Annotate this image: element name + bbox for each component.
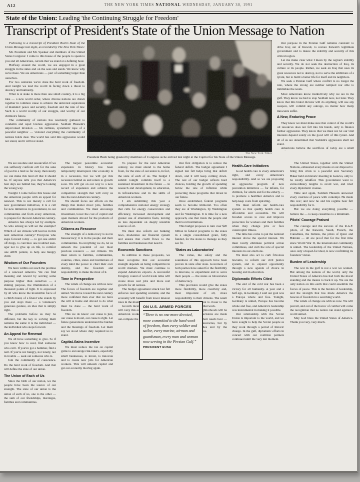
body-paragraph: We all have something to give. So if you… <box>4 337 56 358</box>
body-paragraph: Our relationship with the Soviet Union i… <box>232 312 284 342</box>
crosshead: An Appeal for Renewal <box>4 332 56 336</box>
body-paragraph: The United States, together with the Uni… <box>290 161 353 191</box>
body-paragraph: This budget proposes to turn over $20 bi… <box>175 224 227 245</box>
pull-quote-text: “There is no one more devoted, more comm… <box>143 312 199 350</box>
main-headline: Transcript of President's State of the U… <box>5 24 354 38</box>
crosshead: Diplomatic Efforts Cited <box>232 277 284 281</box>
body-paragraph: To prepare for the next American century… <box>118 161 170 199</box>
body-paragraph: The strength of a democracy is not in bu… <box>61 232 113 274</box>
crosshead: Citizens as Resource <box>61 227 113 231</box>
body-paragraph: In addition to these proposals, we must … <box>118 253 170 287</box>
crosshead: Health-Care Initiatives <box>232 164 284 168</box>
news-photo-graphic <box>87 40 272 152</box>
body-paragraph: Most Americans know instinctively why we… <box>277 92 354 113</box>
body-paragraph: The courage and the success of the R.A.F… <box>290 224 353 258</box>
body-paragraph: For two centuries we've done the hard wo… <box>5 80 85 93</box>
body-paragraph: The winds of change are with us now. We … <box>290 299 353 316</box>
news-column-1: We are resolute and resourceful. If we c… <box>4 161 56 469</box>
crosshead: The Union of Each of Us <box>4 374 56 378</box>
body-paragraph: Americans believe the sacrifices of toda… <box>277 146 354 151</box>
body-paragraph: We must also act to curb frivolous lawsu… <box>232 253 284 274</box>
crosshead: 'States as Laboratories' <box>175 248 227 252</box>
pull-quote-box: ON U.S. ARMED FORCES “There is no one mo… <box>139 301 203 360</box>
crosshead: A New, Enduring Peace <box>277 115 354 119</box>
crosshead: Burden of Leadership <box>290 260 353 264</box>
body-paragraph: Halfway around the world, we are engaged… <box>5 63 85 80</box>
crosshead: Time in Perspective <box>61 277 113 281</box>
body-paragraph: Mr. President and Mr. Speaker and member… <box>5 50 85 63</box>
body-paragraph: The value, the safety and the soundness … <box>175 253 227 283</box>
kicker-title: Leading 'the Continuing Struggle for Fre… <box>57 15 178 22</box>
body-paragraph: This we do know: our cause is just, our … <box>61 312 113 337</box>
body-paragraph: The winds of change are with us now. The… <box>61 282 113 312</box>
body-paragraph: Join the community of conscience. Do the… <box>4 358 56 371</box>
crosshead: Capital-Gains Incentive <box>61 340 113 344</box>
body-paragraph: We should focus our efforts on the thing… <box>61 199 113 224</box>
running-head-paper: THE NEW YORK TIMES <box>104 3 154 7</box>
news-column-6: The United States, together with the Uni… <box>290 161 353 469</box>
pull-quote-attribution: PRESIDENT BUSH <box>143 345 171 349</box>
running-head-date: WEDNESDAY, JANUARY 30, 1991 <box>182 3 252 7</box>
body-paragraph: We seek a Persian Gulf where conflict is… <box>277 79 354 92</box>
body-paragraph: We have within our reach the promise of … <box>4 266 56 312</box>
body-paragraph: Time and again, Saddam Hussein answered … <box>290 191 353 208</box>
body-paragraph: The time has come to put the national in… <box>232 232 284 253</box>
running-head: THE NEW YORK TIMES NATIONAL WEDNESDAY, J… <box>0 3 357 7</box>
body-paragraph: Once established, federal programs seem … <box>175 199 227 224</box>
body-paragraph: Tonight I come before this house and the… <box>4 191 56 221</box>
news-column-2: The largest peacetime economic expansion… <box>61 161 113 469</box>
crosshead: Economic Sanctions <box>118 248 170 252</box>
crosshead: Pilots' Courage Praised <box>290 218 353 222</box>
body-paragraph: The end of the cold war has been a victo… <box>232 282 284 312</box>
body-paragraph: They know we must make sure that control… <box>277 121 354 146</box>
photo-caption: President Bush being greeted by members … <box>87 155 349 159</box>
body-paragraph: The war in the gulf is not a war we want… <box>290 266 353 300</box>
body-paragraph: Good health care is every American's rig… <box>232 169 284 203</box>
body-paragraph: But we are doing everything possible — b… <box>290 207 353 215</box>
newspaper-page: A12 THE NEW YORK TIMES NATIONAL WEDNESDA… <box>0 0 358 473</box>
body-paragraph: I am submitting this year a comprehensiv… <box>118 199 170 229</box>
body-paragraph: We must reduce the tax on capital gains … <box>61 345 113 370</box>
body-paragraph: America has always led by example. So wh… <box>4 220 56 258</box>
newspaper-scan: { "masthead": { "page_number": "A12", "p… <box>0 0 360 482</box>
body-paragraph: The largest peacetime economic expansion… <box>61 161 113 199</box>
body-paragraph: The community of nations has resolutely … <box>5 118 85 143</box>
crosshead: Wisdom of Our Founders <box>4 261 56 265</box>
news-column-5: Health-Care InitiativesGood health care … <box>232 161 284 469</box>
body-paragraph: Since the birth of our nation, we the pe… <box>4 379 56 404</box>
kicker-label: State of the Union: <box>6 15 57 22</box>
body-paragraph: What is at stake is more than one small … <box>5 92 85 117</box>
transcript-intro-column: Following is a transcript of President B… <box>5 41 85 151</box>
body-paragraph: Following is a transcript of President B… <box>5 41 85 49</box>
pull-quote-body: “There is no one more devoted, more comm… <box>143 312 198 344</box>
body-paragraph: We must also reform our banking laws, mo… <box>118 229 170 246</box>
gulf-purpose-column: Our purpose in the Persian Gulf remains … <box>277 41 354 151</box>
body-paragraph: Our first obligation is to reduce the fe… <box>175 161 227 199</box>
news-photo <box>87 40 272 152</box>
body-paragraph: The problems before us may be different,… <box>4 312 56 329</box>
body-paragraph: May God bless the United States of Ameri… <box>290 316 353 324</box>
pull-quote-kicker: ON U.S. ARMED FORCES <box>143 305 199 311</box>
body-paragraph: Let me make clear what I mean by the reg… <box>277 58 354 79</box>
running-head-section: NATIONAL <box>156 3 181 7</box>
body-paragraph: We are resolute and resourceful. If we c… <box>4 161 56 191</box>
body-paragraph: We must reform our health-care system so… <box>232 203 284 233</box>
body-paragraph: Our purpose in the Persian Gulf remains … <box>277 41 354 58</box>
